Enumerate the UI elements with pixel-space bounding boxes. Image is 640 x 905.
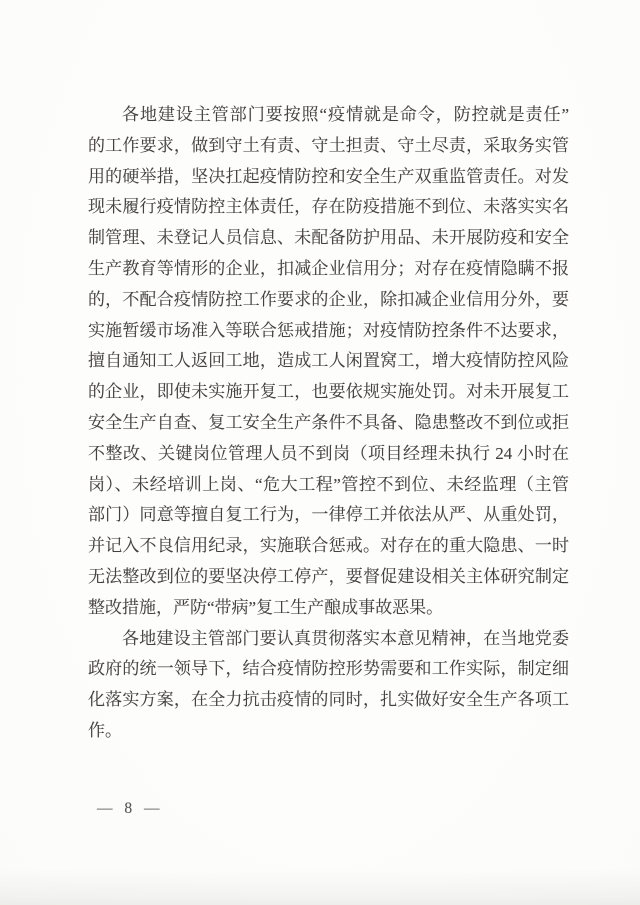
- text-line: 实施暂缓市场准入等联合惩戒措施；对疫情防控条件不达要求，: [88, 316, 569, 347]
- text-line: 不整改、关键岗位管理人员不到岗（项目经理未执行 24 小时在: [88, 439, 569, 470]
- text-line: 并记入不良信用纪录，实施联合惩戒。对存在的重大隐患、一时: [88, 531, 569, 562]
- text-line: 无法整改到位的要坚决停工停产，要督促建设相关主体研究制定: [88, 562, 569, 593]
- page-number: — 8 —: [97, 800, 164, 818]
- text-line: 各地建设主管部门要按照“疫情就是命令，防控就是责任”: [88, 100, 569, 131]
- scanned-document-page: 各地建设主管部门要按照“疫情就是命令，防控就是责任” 的工作要求，做到守土有责、…: [0, 0, 640, 905]
- text-line: 安全生产自查、复工安全生产条件不具备、隐患整改不到位或拒: [88, 408, 569, 439]
- text-line: 各地建设主管部门要认真贯彻落实本意见精神，在当地党委: [88, 624, 569, 655]
- text-line: 作。: [88, 716, 569, 747]
- text-line: 部门）同意等擅自复工行为，一律停工并依法从严、从重处罚，: [88, 500, 569, 531]
- text-line: 化落实方案，在全力抗击疫情的同时，扎实做好安全生产各项工: [88, 685, 569, 716]
- document-body-text: 各地建设主管部门要按照“疫情就是命令，防控就是责任” 的工作要求，做到守土有责、…: [88, 100, 569, 747]
- text-line: 政府的统一领导下，结合疫情防控形势需要和工作实际，制定细: [88, 654, 569, 685]
- text-line: 整改措施，严防“带病”复工生产酿成事故恶果。: [88, 593, 569, 624]
- text-line: 的工作要求，做到守土有责、守土担责、守土尽责，采取务实管: [88, 131, 569, 162]
- text-line: 的，不配合疫情防控工作要求的企业，除扣减企业信用分外，要: [88, 285, 569, 316]
- text-line: 用的硬举措，坚决扛起疫情防控和安全生产双重监管责任。对发: [88, 162, 569, 193]
- text-line: 现未履行疫情防控主体责任，存在防疫措施不到位、未落实实名: [88, 192, 569, 223]
- text-line: 的企业，即使未实施开复工，也要依规实施处罚。对未开展复工: [88, 377, 569, 408]
- text-line: 擅自通知工人返回工地，造成工人闲置窝工，增大疫情防控风险: [88, 346, 569, 377]
- text-line: 制管理、未登记人员信息、未配备防护用品、未开展防疫和安全: [88, 223, 569, 254]
- text-line: 生产教育等情形的企业，扣减企业信用分；对存在疫情隐瞒不报: [88, 254, 569, 285]
- text-line: 岗）、未经培训上岗、“危大工程”管控不到位、未经监理（主管: [88, 470, 569, 501]
